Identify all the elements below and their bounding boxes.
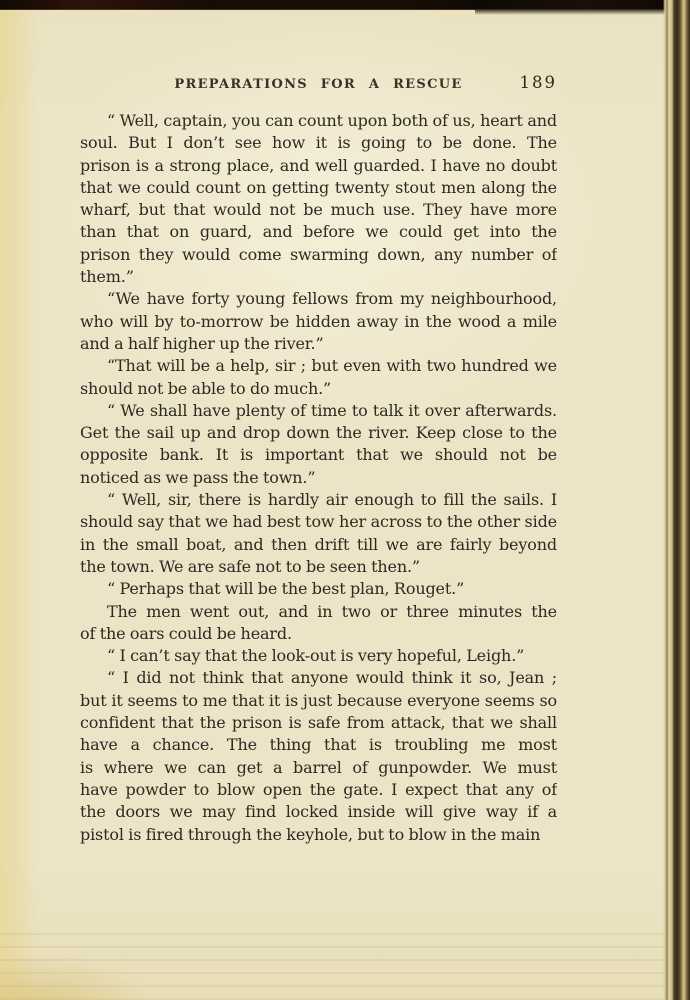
text-line: that we could count on getting twenty st… — [80, 177, 557, 199]
paragraph: “ We shall have plenty of time to talk i… — [80, 400, 557, 489]
paragraph: “We have forty young fellows from my nei… — [80, 288, 557, 355]
text-line: confident that the prison is safe from a… — [80, 712, 557, 734]
text-line: the town. We are safe not to be seen the… — [80, 556, 557, 578]
paragraph: “ Well, captain, you can count upon both… — [80, 110, 557, 288]
text-line: have a chance. The thing that is troubli… — [80, 734, 557, 756]
text-line: The men went out, and in two or three mi… — [80, 601, 557, 623]
text-line: “That will be a help, sir ; but even wit… — [80, 355, 557, 377]
text-line: is where we can get a barrel of gunpowde… — [80, 757, 557, 779]
text-line: but it seems to me that it is just becau… — [80, 690, 557, 712]
text-line: the doors we may find locked inside will… — [80, 801, 557, 823]
page-top-edge — [0, 0, 690, 10]
text-line: Get the sail up and drop down the river.… — [80, 422, 557, 444]
text-line: “ I did not think that anyone would thin… — [80, 667, 557, 689]
paragraph: “ I can’t say that the look-out is very … — [80, 645, 557, 667]
text-line: opposite bank. It is important that we s… — [80, 444, 557, 466]
page-left-edge — [0, 6, 38, 1000]
text-line: “ Well, captain, you can count upon both… — [80, 110, 557, 132]
text-line: noticed as we pass the town.” — [80, 467, 557, 489]
text-line: should not be able to do much.” — [80, 378, 557, 400]
text-line: who will by to-morrow be hidden away in … — [80, 311, 557, 333]
text-line: should say that we had best tow her acro… — [80, 511, 557, 533]
text-line: of the oars could be heard. — [80, 623, 557, 645]
text-line: “ Perhaps that will be the best plan, Ro… — [80, 578, 557, 600]
text-line: in the small boat, and then drift till w… — [80, 534, 557, 556]
text-line: and a half higher up the river.” — [80, 333, 557, 355]
page-number: 189 — [520, 74, 558, 91]
running-header: PREPARATIONS FOR A RESCUE 189 — [80, 76, 557, 93]
text-line: prison they would come swarming down, an… — [80, 244, 557, 266]
text-line: “We have forty young fellows from my nei… — [80, 288, 557, 310]
text-line: than that on guard, and before we could … — [80, 221, 557, 243]
text-line: have powder to blow open the gate. I exp… — [80, 779, 557, 801]
paragraph: “That will be a help, sir ; but even wit… — [80, 355, 557, 400]
book-fore-edge — [662, 0, 690, 1000]
text-line: “ Well, sir, there is hardly air enough … — [80, 489, 557, 511]
running-header-title: PREPARATIONS FOR A RESCUE — [174, 77, 462, 92]
text-line: “ I can’t say that the look-out is very … — [80, 645, 557, 667]
text-line: prison is a strong place, and well guard… — [80, 155, 557, 177]
paragraph: The men went out, and in two or three mi… — [80, 601, 557, 646]
page-bottom-edge — [0, 922, 664, 1000]
text-line: “ We shall have plenty of time to talk i… — [80, 400, 557, 422]
text-block: PREPARATIONS FOR A RESCUE 189 “ Well, ca… — [80, 76, 557, 846]
paragraph: “ I did not think that anyone would thin… — [80, 667, 557, 845]
body-text: “ Well, captain, you can count upon both… — [80, 110, 557, 846]
text-line: pistol is fired through the keyhole, but… — [80, 824, 557, 846]
book-page: PREPARATIONS FOR A RESCUE 189 “ Well, ca… — [0, 0, 690, 1000]
text-line: soul. But I don’t see how it is going to… — [80, 132, 557, 154]
text-line: wharf, but that would not be much use. T… — [80, 199, 557, 221]
paragraph: “ Well, sir, there is hardly air enough … — [80, 489, 557, 578]
paragraph: “ Perhaps that will be the best plan, Ro… — [80, 578, 557, 600]
text-line: them.” — [80, 266, 557, 288]
